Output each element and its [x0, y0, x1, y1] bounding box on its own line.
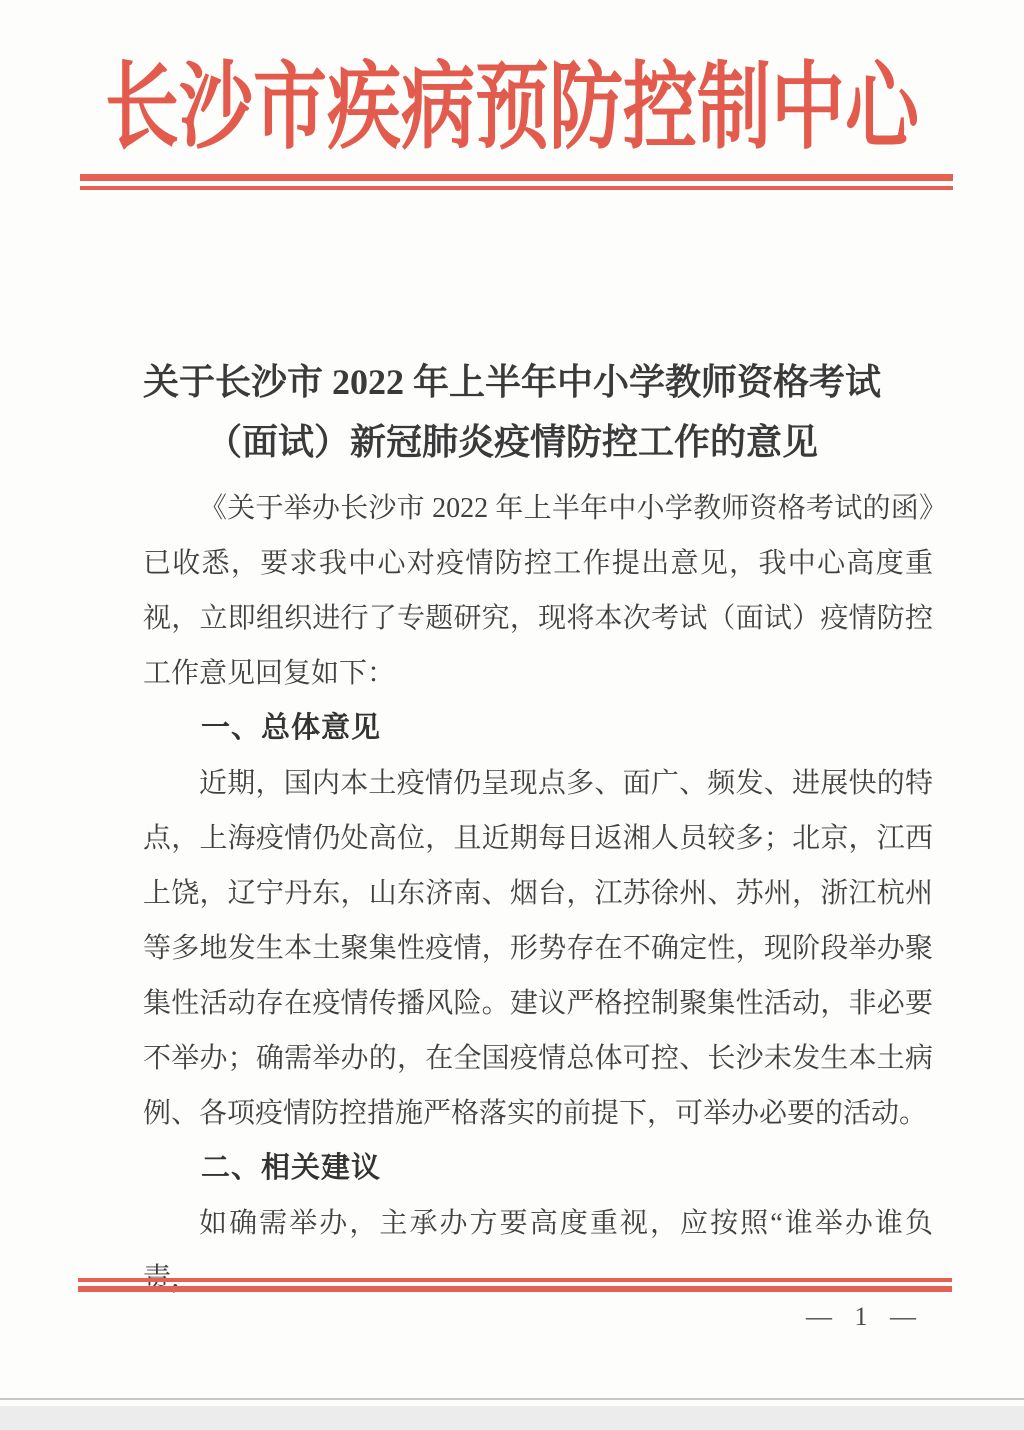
footer-divider-bottom-line: [78, 1286, 952, 1292]
letterhead-divider: [80, 174, 953, 190]
page-number: — 1 —: [806, 1302, 924, 1332]
document-title-line2: （面试）新冠肺炎疫情防控工作的意见: [0, 412, 1024, 472]
letterhead-org-name: 长沙市疾病预防控制中心: [0, 32, 1024, 168]
footer-divider: [78, 1278, 952, 1292]
letterhead-divider-top-line: [80, 174, 953, 181]
section-heading-overall-opinion: 一、总体意见: [143, 701, 933, 756]
section-heading-suggestions: 二、相关建议: [143, 1141, 933, 1196]
scan-page-edge-line: [0, 1398, 1024, 1400]
paragraph-intro: 《关于举办长沙市 2022 年上半年中小学教师资格考试的函》已收悉，要求我中心对…: [143, 481, 933, 701]
document-page: 长沙市疾病预防控制中心 关于长沙市 2022 年上半年中小学教师资格考试 （面试…: [0, 0, 1024, 1430]
document-body: 《关于举办长沙市 2022 年上半年中小学教师资格考试的函》已收悉，要求我中心对…: [143, 481, 933, 1306]
document-title-line1: 关于长沙市 2022 年上半年中小学教师资格考试: [0, 352, 1024, 412]
scan-page-edge-band: [0, 1406, 1024, 1430]
document-title: 关于长沙市 2022 年上半年中小学教师资格考试 （面试）新冠肺炎疫情防控工作的…: [0, 352, 1024, 472]
letterhead-divider-bottom-line: [80, 186, 953, 190]
paragraph-overall-opinion: 近期，国内本土疫情仍呈现点多、面广、频发、进展快的特点，上海疫情仍处高位，且近期…: [143, 756, 933, 1141]
